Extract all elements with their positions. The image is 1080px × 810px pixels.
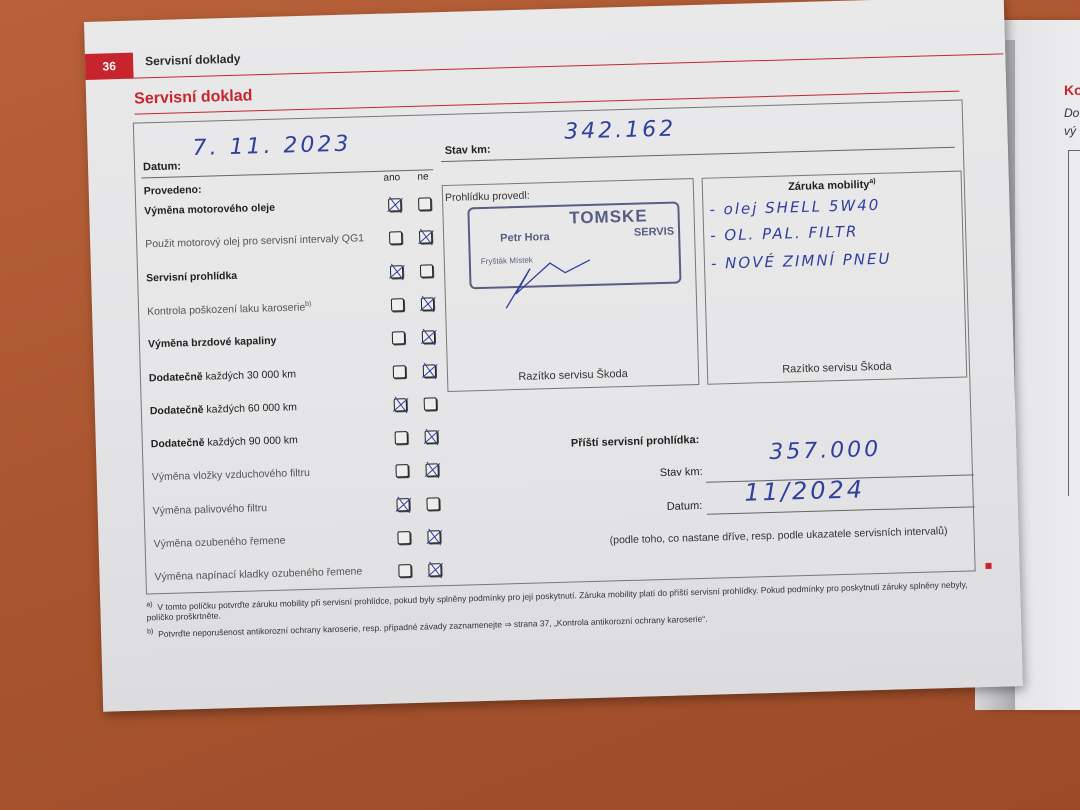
- checkbox-ne[interactable]: [425, 430, 438, 443]
- checkbox-ano[interactable]: [392, 331, 405, 344]
- next-odometer-value[interactable]: 357.000: [769, 437, 882, 465]
- mobility-footer: Razítko servisu Škoda: [708, 359, 966, 378]
- checkbox-ne[interactable]: [420, 264, 433, 277]
- checkbox-ano[interactable]: [388, 198, 401, 211]
- service-item-row: Výměna motorového oleje: [144, 193, 434, 221]
- inspection-label: Prohlídku provedl:: [445, 190, 530, 204]
- col-yes-label: ano: [383, 172, 400, 183]
- service-item-row: Dodatečně každých 60 000 km: [150, 393, 440, 421]
- right-page-text-2: vý: [1064, 124, 1076, 138]
- next-odometer-label: Stav km:: [660, 466, 703, 479]
- next-date-value[interactable]: 11/2024: [744, 475, 865, 506]
- service-item-row: Kontrola poškození laku karoserieb): [147, 293, 437, 321]
- page-title: Servisní doklad: [134, 87, 253, 108]
- service-item-row: Použit motorový olej pro servisní interv…: [145, 227, 435, 255]
- running-head: Servisní doklady: [145, 52, 241, 69]
- service-item-row: Výměna brzdové kapaliny: [148, 326, 438, 354]
- inspection-box: Prohlídku provedl: TOMSKE SERVIS Petr Ho…: [442, 178, 700, 392]
- mobility-note-1[interactable]: - olej SHELL 5W40: [709, 196, 880, 219]
- mobility-box: Záruka mobilitya) - olej SHELL 5W40 - OL…: [702, 171, 968, 385]
- odometer-rule: [441, 147, 955, 162]
- checkbox-ne[interactable]: [424, 397, 437, 410]
- mobility-title: Záruka mobilitya): [703, 176, 961, 196]
- checkbox-ne[interactable]: [423, 364, 436, 377]
- checkbox-ne[interactable]: [422, 331, 435, 344]
- service-item-row: Výměna napínací kladky ozubeného řemene: [154, 559, 444, 587]
- header-rule: [134, 53, 1004, 78]
- odometer-label: Stav km:: [445, 144, 491, 157]
- mobility-note-2[interactable]: - OL. PAL. FILTR: [710, 222, 859, 244]
- checkbox-ne[interactable]: [418, 197, 431, 210]
- next-service-note: (podle toho, co nastane dříve, resp. pod…: [610, 525, 948, 546]
- end-marker: [985, 563, 991, 569]
- right-page-title: Ko: [1064, 82, 1080, 98]
- right-page-text-1: Do: [1064, 106, 1079, 120]
- mobility-note-3[interactable]: - NOVÉ ZIMNÍ PNEU: [711, 250, 892, 273]
- checkbox-ne[interactable]: [419, 231, 432, 244]
- performed-label: Provedeno:: [144, 184, 202, 198]
- checkbox-ano[interactable]: [390, 265, 403, 278]
- signature-icon: [494, 242, 606, 315]
- checkbox-ne[interactable]: [428, 564, 441, 577]
- left-page: 36 Servisní doklady Servisní doklad Datu…: [84, 0, 1023, 712]
- inspection-footer: Razítko servisu Škoda: [448, 366, 698, 385]
- date-label: Datum:: [143, 160, 181, 173]
- date-value[interactable]: 7. 11. 2023: [192, 132, 352, 161]
- service-form: Datum: 7. 11. 2023 Stav km: 342.162 Prov…: [133, 100, 976, 595]
- checkbox-ano[interactable]: [395, 431, 408, 444]
- checkbox-ne[interactable]: [426, 497, 439, 510]
- checkbox-ano[interactable]: [398, 564, 411, 577]
- service-item-row: Výměna vložky vzduchového filtru: [151, 460, 441, 488]
- odometer-value[interactable]: 342.162: [564, 117, 677, 145]
- checkbox-ano[interactable]: [389, 232, 402, 245]
- checkbox-ano[interactable]: [397, 531, 410, 544]
- service-item-row: Dodatečně každých 30 000 km: [149, 360, 439, 388]
- page-number: 36: [85, 53, 134, 80]
- checkbox-ne[interactable]: [427, 530, 440, 543]
- checkbox-ne[interactable]: [421, 297, 434, 310]
- next-date-rule: [707, 506, 975, 514]
- next-date-label: Datum:: [667, 500, 703, 513]
- checkbox-ano[interactable]: [396, 498, 409, 511]
- right-page-box: [1068, 150, 1080, 496]
- service-item-row: Servisní prohlídka: [146, 260, 436, 288]
- col-no-label: ne: [417, 171, 428, 182]
- service-item-row: Dodatečně každých 90 000 km: [151, 426, 441, 454]
- checkbox-ne[interactable]: [425, 464, 438, 477]
- service-item-row: Výměna palivového filtru: [152, 493, 442, 521]
- service-item-row: Výměna ozubeného řemene: [153, 526, 443, 554]
- service-items-list: Výměna motorového olejePoužit motorový o…: [134, 101, 962, 124]
- checkbox-ano[interactable]: [393, 365, 406, 378]
- checkbox-ano[interactable]: [395, 465, 408, 478]
- next-service-title: Příští servisní prohlídka:: [571, 434, 700, 450]
- checkbox-ano[interactable]: [391, 298, 404, 311]
- checkbox-ano[interactable]: [394, 398, 407, 411]
